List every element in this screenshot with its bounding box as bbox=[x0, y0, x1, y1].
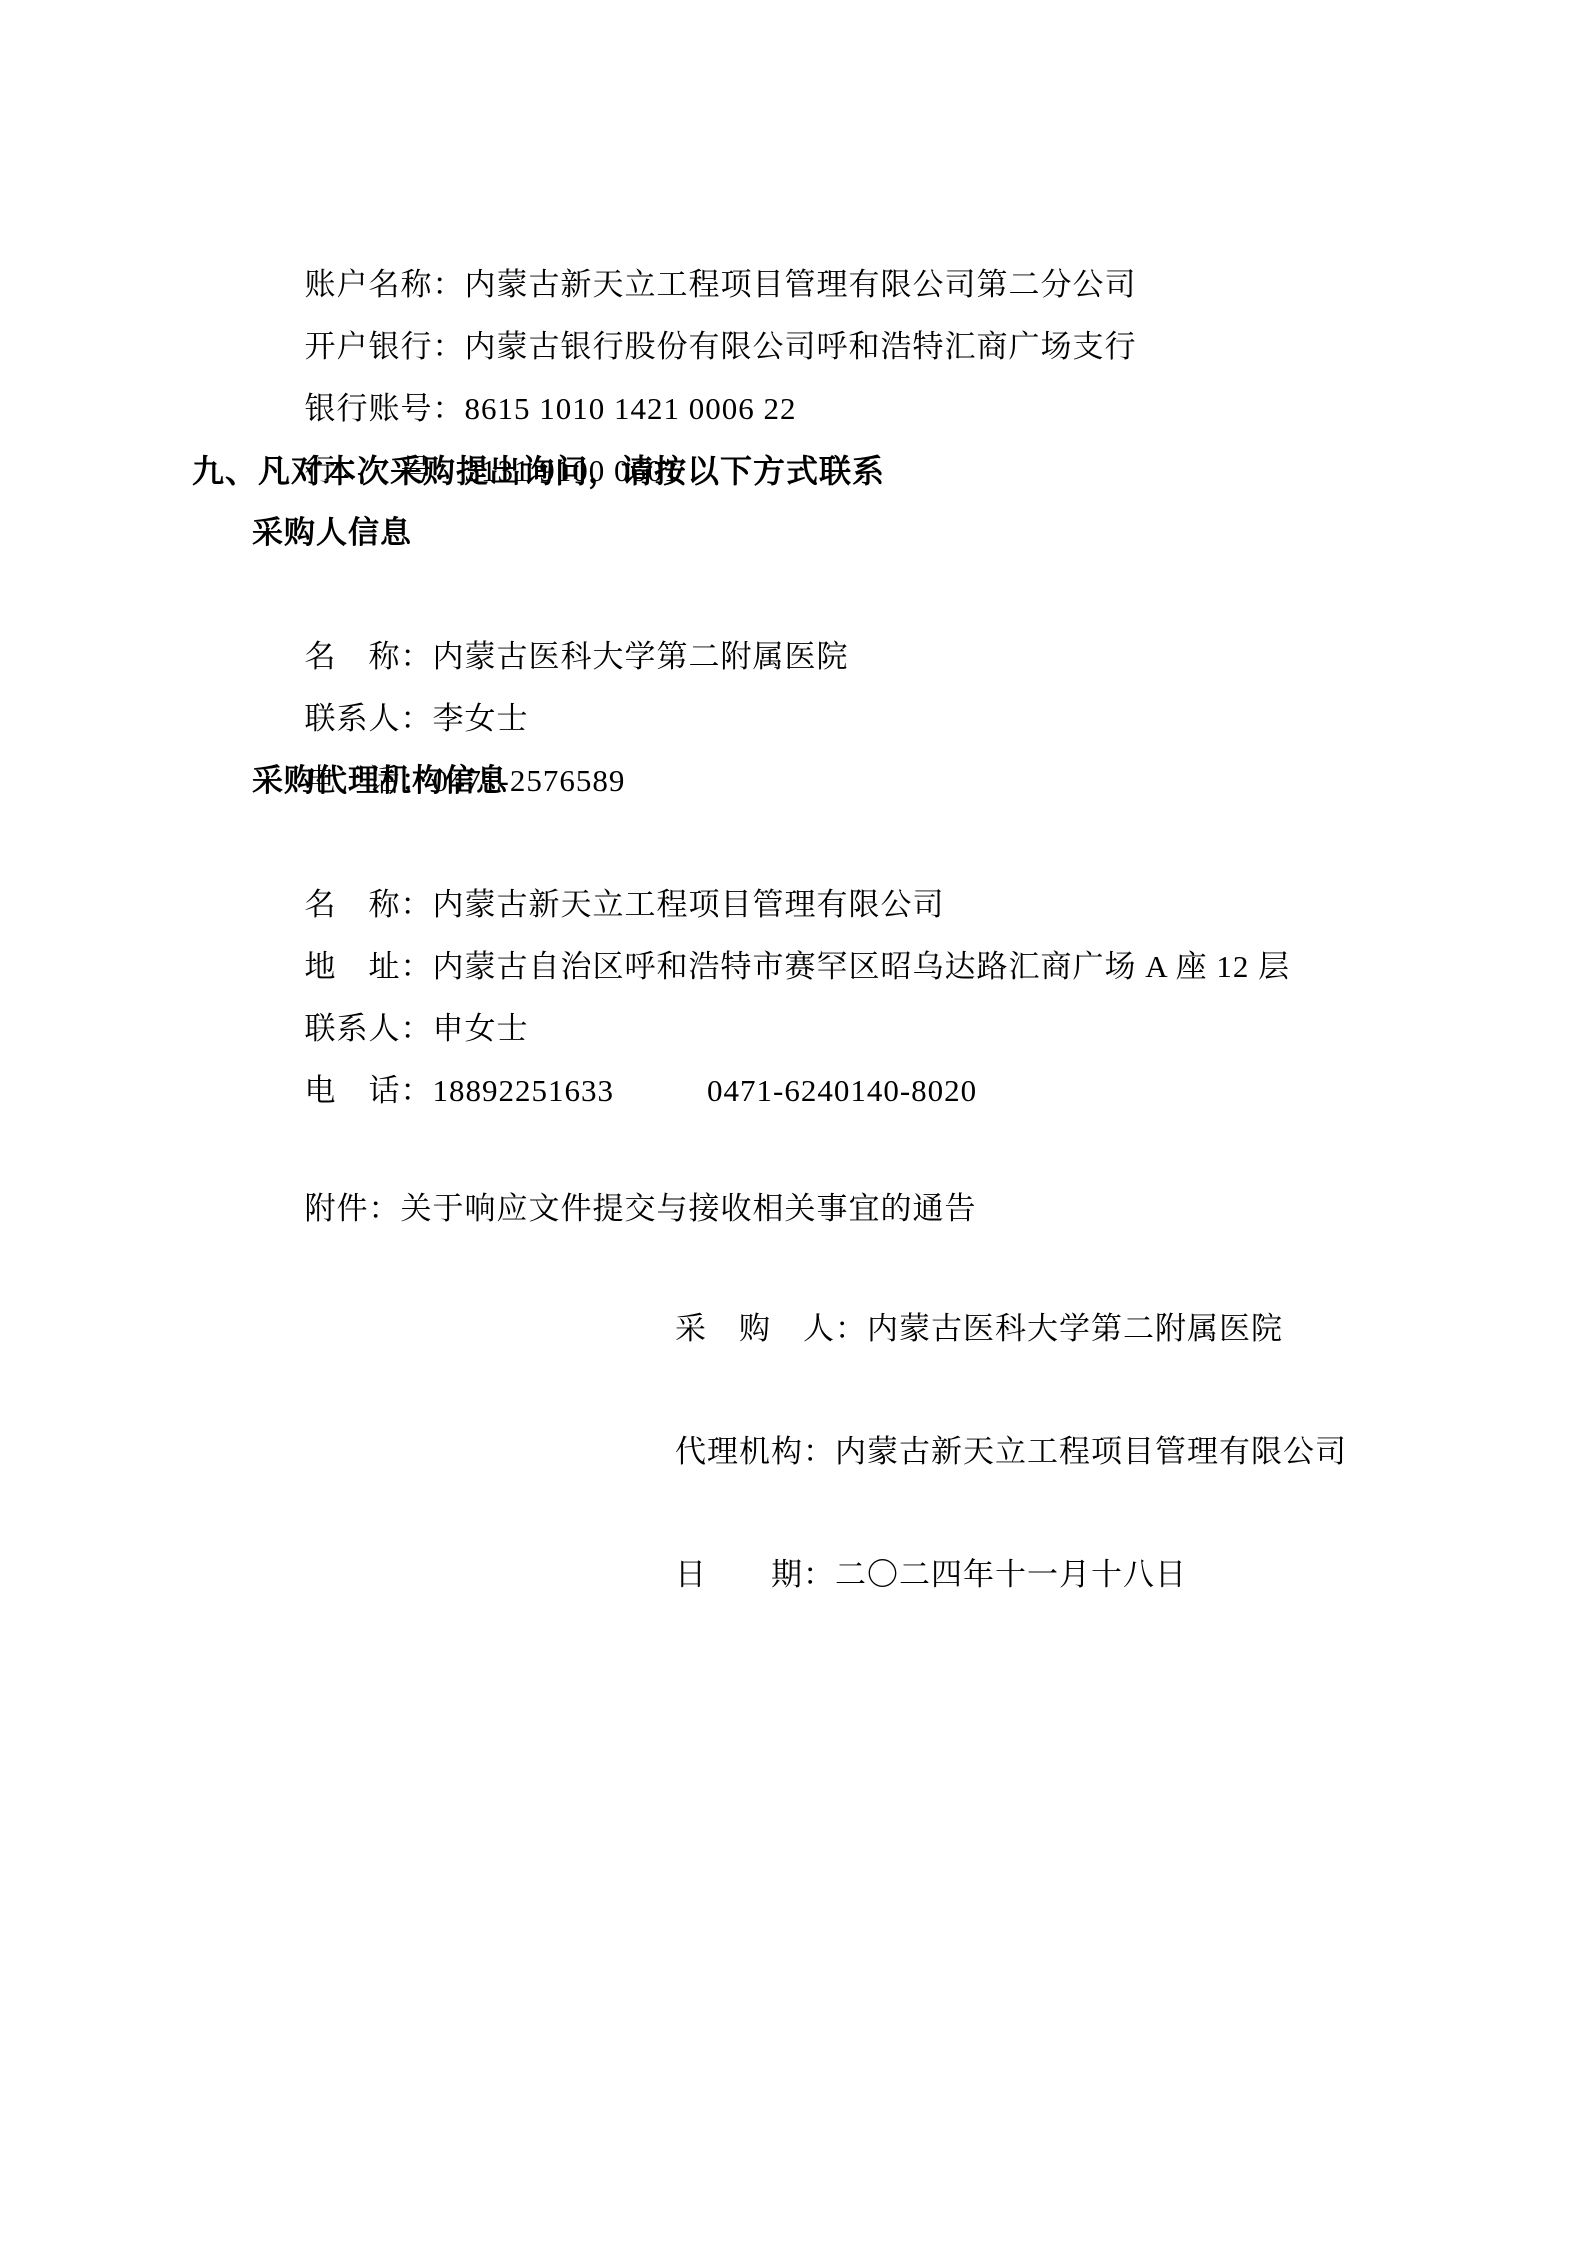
signature-agency-label: 代理机构： bbox=[675, 1434, 835, 1469]
agency-contact-label: 联系人： bbox=[305, 1011, 433, 1046]
bank-account-name-line: 账户名称：内蒙古新天立工程项目管理有限公司第二分公司 bbox=[252, 192, 1587, 254]
bank-account-number-label: 银行账号： bbox=[305, 391, 465, 426]
document-content: 账户名称：内蒙古新天立工程项目管理有限公司第二分公司 开户银行：内蒙古银行股份有… bbox=[0, 0, 1587, 1544]
bank-name-label: 开户银行： bbox=[305, 329, 465, 364]
signature-purchaser-line: 采 购 人：内蒙古医科大学第二附属医院 bbox=[605, 1236, 1587, 1298]
attachment-label: 附件： bbox=[305, 1191, 401, 1226]
document-page: 账户名称：内蒙古新天立工程项目管理有限公司第二分公司 开户银行：内蒙古银行股份有… bbox=[0, 0, 1587, 2245]
agency-phone-mobile: 18892251633 bbox=[433, 1073, 615, 1108]
purchaser-contact-label: 联系人： bbox=[305, 701, 433, 736]
attachment-title: 关于响应文件提交与接收相关事宜的通告 bbox=[401, 1191, 977, 1226]
bank-account-name-value: 内蒙古新天立工程项目管理有限公司第二分公司 bbox=[465, 267, 1137, 302]
section-nine-heading: 九、凡对本次采购提出询问，请按以下方式联系 bbox=[192, 440, 1587, 502]
agency-phone-landline: 0471-6240140-8020 bbox=[707, 1073, 977, 1108]
bank-account-number-value: 8615 1010 1421 0006 22 bbox=[465, 391, 797, 426]
purchaser-name-line: 名 称：内蒙古医科大学第二附属医院 bbox=[252, 564, 1587, 626]
agency-name-line: 名 称：内蒙古新天立工程项目管理有限公司 bbox=[252, 812, 1587, 874]
purchaser-contact-value: 李女士 bbox=[433, 701, 529, 736]
signature-date-label: 日 期： bbox=[675, 1557, 835, 1592]
signature-purchaser-label: 采 购 人： bbox=[675, 1311, 867, 1346]
purchaser-name-value: 内蒙古医科大学第二附属医院 bbox=[433, 639, 849, 674]
signature-purchaser-value: 内蒙古医科大学第二附属医院 bbox=[867, 1311, 1283, 1346]
agency-phone-label: 电 话： bbox=[305, 1073, 433, 1108]
agency-contact-value: 申女士 bbox=[433, 1011, 529, 1046]
bank-account-name-label: 账户名称： bbox=[305, 267, 465, 302]
agency-name-value: 内蒙古新天立工程项目管理有限公司 bbox=[433, 887, 945, 922]
agency-address-label: 地 址： bbox=[305, 949, 433, 984]
signature-block: 采 购 人：内蒙古医科大学第二附属医院 代理机构：内蒙古新天立工程项目管理有限公… bbox=[605, 1236, 1587, 1544]
agency-name-label: 名 称： bbox=[305, 887, 433, 922]
signature-date-value: 二〇二四年十一月十八日 bbox=[835, 1557, 1187, 1592]
attachment-line: 附件：关于响应文件提交与接收相关事宜的通告 bbox=[252, 1116, 1587, 1178]
signature-agency-line: 代理机构：内蒙古新天立工程项目管理有限公司 bbox=[605, 1359, 1587, 1421]
agency-address-value: 内蒙古自治区呼和浩特市赛罕区昭乌达路汇商广场 A 座 12 层 bbox=[433, 949, 1291, 984]
agency-info-title: 采购代理机构信息 bbox=[252, 750, 1587, 812]
signature-agency-value: 内蒙古新天立工程项目管理有限公司 bbox=[835, 1434, 1347, 1469]
signature-date-line: 日 期：二〇二四年十一月十八日 bbox=[605, 1482, 1587, 1544]
bank-name-value: 内蒙古银行股份有限公司呼和浩特汇商广场支行 bbox=[465, 329, 1137, 364]
purchaser-name-label: 名 称： bbox=[305, 639, 433, 674]
purchaser-info-title: 采购人信息 bbox=[252, 502, 1587, 564]
